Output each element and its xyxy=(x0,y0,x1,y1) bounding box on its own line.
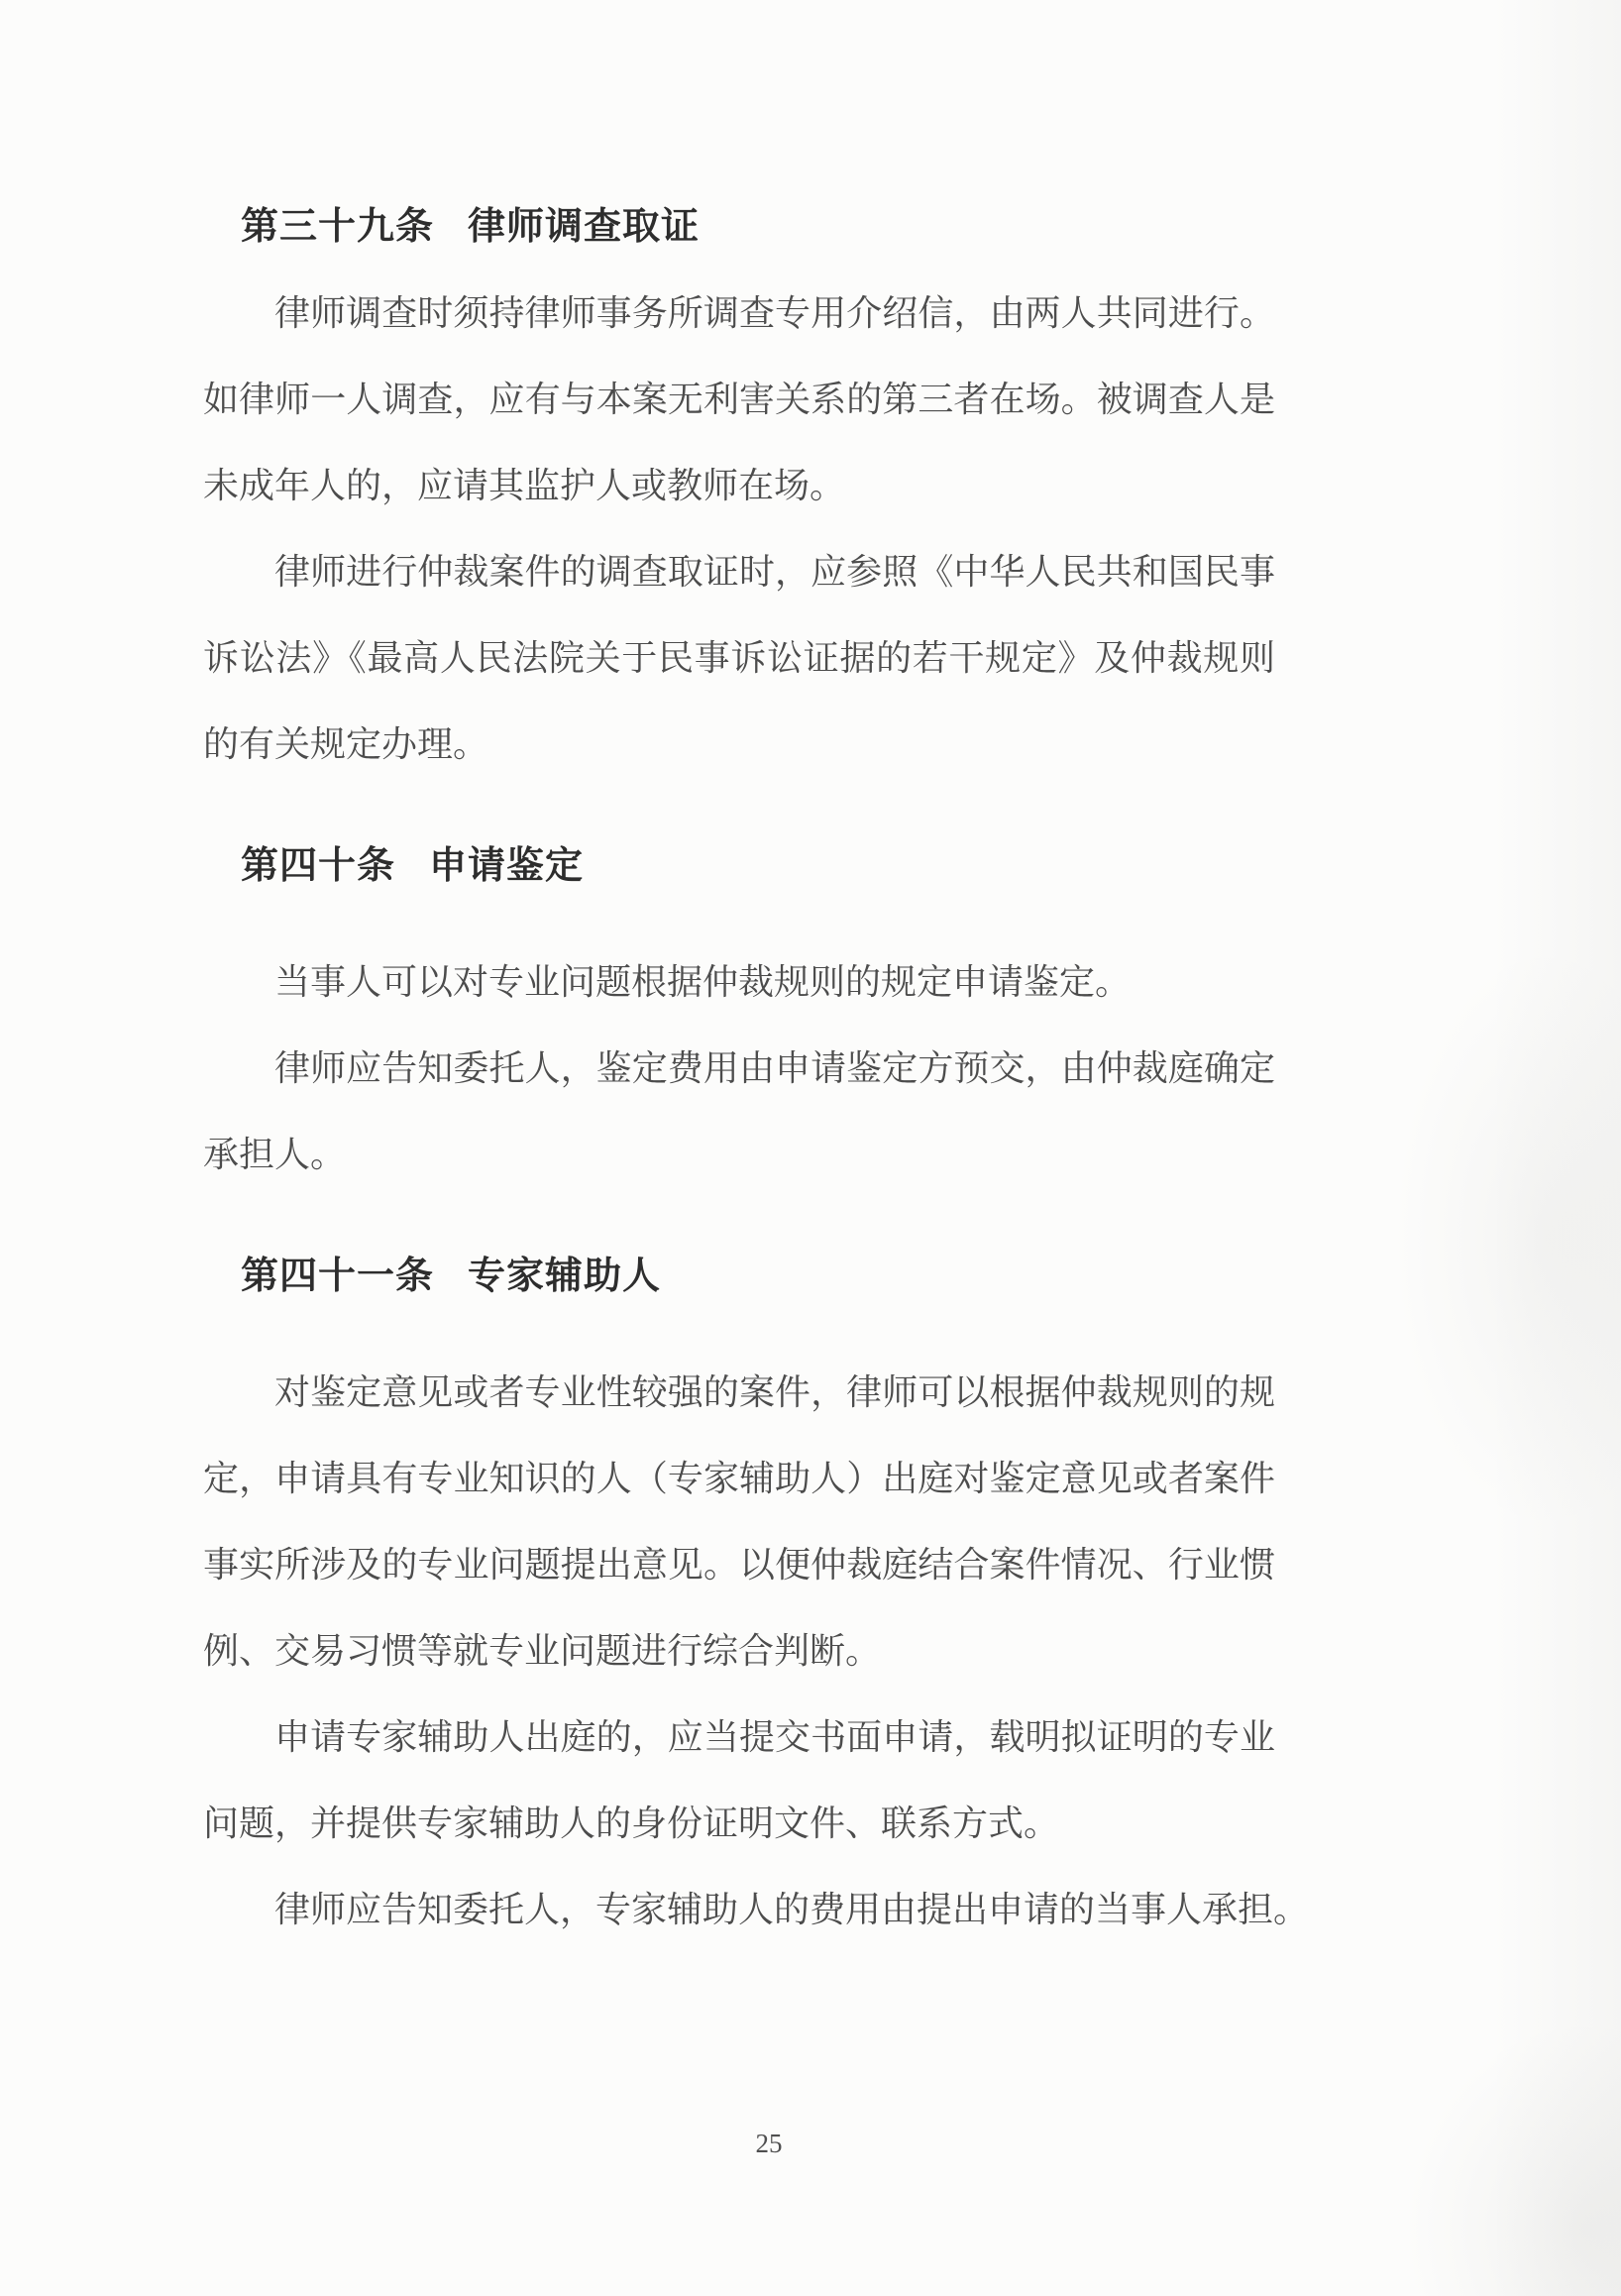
paragraph: 当事人可以对专业问题根据仲裁规则的规定申请鉴定。 xyxy=(203,939,1275,1026)
text-column: 第三十九条律师调查取证 律师调查时须持律师事务所调查专用介绍信，由两人共同进行。… xyxy=(203,184,1275,1953)
article-41-heading: 第四十一条专家辅助人 xyxy=(241,1234,1275,1320)
paragraph: 律师调查时须持律师事务所调查专用介绍信，由两人共同进行。如律师一人调查，应有与本… xyxy=(203,271,1275,529)
article-heading-number: 第四十一条 xyxy=(241,1256,434,1297)
document-page: 第三十九条律师调查取证 律师调查时须持律师事务所调查专用介绍信，由两人共同进行。… xyxy=(0,0,1621,2296)
article-heading-number: 第三十九条 xyxy=(241,206,434,248)
article-heading-number: 第四十条 xyxy=(241,845,395,887)
paragraph: 申请专家辅助人出庭的，应当提交书面申请，载明拟证明的专业问题，并提供专家辅助人的… xyxy=(203,1695,1275,1867)
paragraph: 对鉴定意见或者专业性较强的案件，律师可以根据仲裁规则的规定，申请具有专业知识的人… xyxy=(203,1350,1275,1695)
article-39-heading: 第三十九条律师调查取证 xyxy=(241,184,1275,271)
paragraph: 律师进行仲裁案件的调查取证时，应参照《中华人民共和国民事诉讼法》《最高人民法院关… xyxy=(203,529,1275,788)
article-heading-title: 申请鉴定 xyxy=(429,845,584,887)
page-number: 25 xyxy=(0,2129,1538,2159)
article-heading-title: 专家辅助人 xyxy=(468,1256,661,1297)
paragraph: 律师应告知委托人，专家辅助人的费用由提出申请的当事人承担。 xyxy=(203,1867,1275,1953)
paragraph: 律师应告知委托人，鉴定费用由申请鉴定方预交，由仲裁庭确定承担人。 xyxy=(203,1026,1275,1198)
article-40-heading: 第四十条申请鉴定 xyxy=(241,823,1275,910)
article-heading-title: 律师调查取证 xyxy=(468,206,700,248)
